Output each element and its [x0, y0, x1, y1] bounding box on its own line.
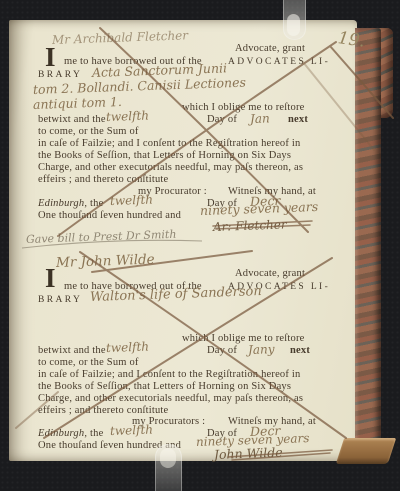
- print-legal3: Charge, and other executorials needful, …: [38, 162, 303, 173]
- date-day-handwritten: twelfth: [110, 423, 153, 438]
- glass-strip-tip: [160, 448, 176, 468]
- print-grant: Advocate, grant: [235, 43, 305, 54]
- signature-handwritten: John Wilde: [214, 445, 283, 462]
- glass-strip-bottom: [155, 444, 182, 491]
- page-stack-corner: [336, 438, 396, 464]
- print-legal3: Charge, and other executorials needful, …: [38, 393, 303, 404]
- dropcap-initial: I: [45, 265, 56, 292]
- print-legal2: the Books of Seſſion, that Letters of Ho…: [38, 381, 291, 392]
- print-grant: Advocate, grant: [235, 268, 305, 279]
- print-legal4: effeirs ; and thereto conſtitute: [38, 405, 168, 416]
- glass-strip-tip: [287, 14, 300, 36]
- print-brary: BRARY: [38, 295, 82, 305]
- marbled-fore-edge: [355, 28, 381, 462]
- print-legal1: in caſe of Failzie; and I conſent to the…: [38, 369, 300, 380]
- print-day-of: Day of: [207, 345, 237, 356]
- print-sum: to come, or the Sum of: [38, 126, 139, 137]
- print-next: next: [290, 345, 310, 356]
- print-thousand: One thouſand ſeven hundred and: [38, 210, 181, 221]
- print-brary: BRARY: [38, 70, 82, 80]
- print-restore: which I oblige me to reſtore: [182, 333, 305, 344]
- print-legal4: effeirs ; and thereto conſtitute: [38, 174, 168, 185]
- return-month-handwritten: Jany: [248, 342, 275, 357]
- return-day-handwritten: twelfth: [106, 340, 149, 355]
- date-day-handwritten: twelfth: [110, 193, 153, 208]
- print-the: the: [90, 428, 103, 439]
- return-month-handwritten: Jan: [250, 111, 270, 126]
- glass-strip-top: [283, 0, 306, 40]
- print-next: next: [288, 114, 308, 125]
- print-betwixt: betwixt and the: [38, 345, 106, 356]
- print-edinburgh: Edinburgh,: [38, 198, 87, 209]
- print-edinburgh: Edinburgh,: [38, 428, 87, 439]
- print-legal2: the Books of Seſſion, that Letters of Ho…: [38, 150, 291, 161]
- print-betwixt: betwixt and the: [38, 114, 106, 125]
- signature-handwritten: Ar: Fletcher: [213, 217, 287, 234]
- print-day-of: Day of: [207, 114, 237, 125]
- photograph-stage: 19. Mr Archibald Fletcher I Advocate, gr…: [0, 0, 400, 491]
- page-number: 19.: [337, 28, 367, 52]
- print-sum: to come, or the Sum of: [38, 357, 139, 368]
- print-the: the: [90, 198, 103, 209]
- print-legal1: in caſe of Failzie; and I conſent to the…: [38, 138, 300, 149]
- print-advocates: ADVOCATES LI-: [228, 57, 330, 67]
- dropcap-initial: I: [45, 44, 56, 71]
- return-day-handwritten: twelfth: [106, 109, 149, 124]
- print-restore: which I oblige me to reſtore: [182, 102, 305, 113]
